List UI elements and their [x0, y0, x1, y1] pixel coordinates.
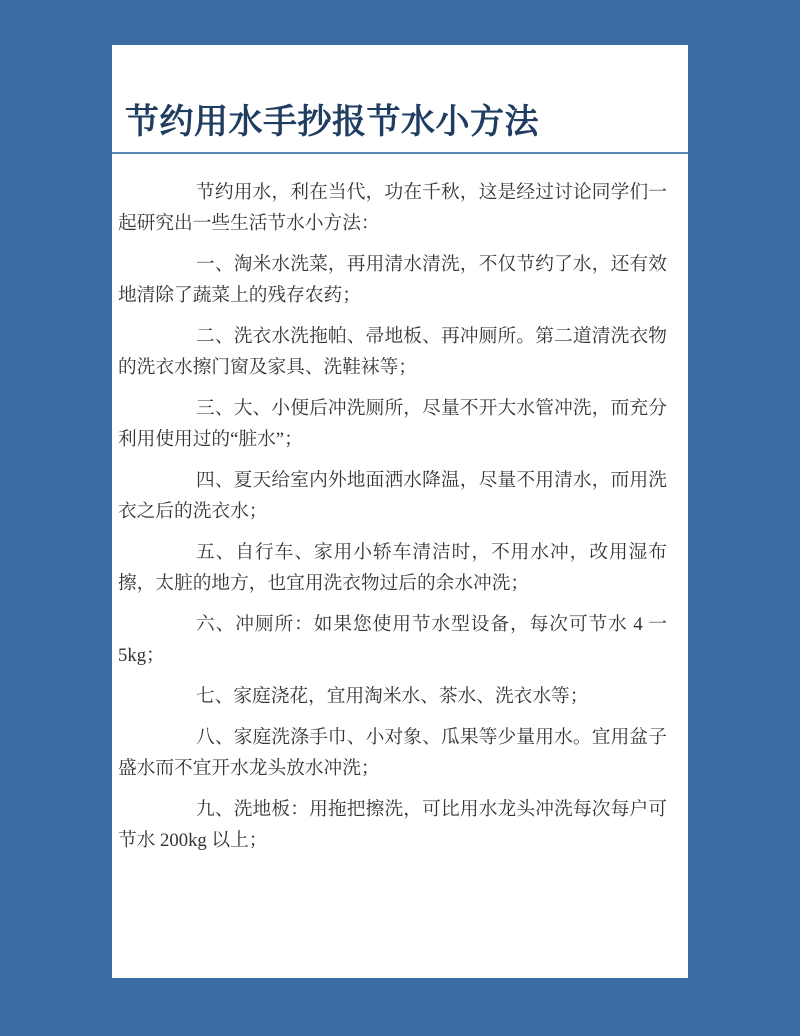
paragraph-tip-3: 三、大、小便后冲洗厕所，尽量不开大水管冲洗，而充分利用使用过的“脏水”； — [118, 393, 667, 455]
paragraph-tip-9: 九、洗地板：用拖把擦洗，可比用水龙头冲洗每次每户可节水 200kg 以上； — [118, 794, 667, 856]
paragraph-tip-1: 一、淘米水洗菜，再用清水清洗，不仅节约了水，还有效地清除了蔬菜上的残存农药； — [118, 249, 667, 311]
document-page: 节约用水手抄报节水小方法 节约用水，利在当代，功在千秋，这是经过讨论同学们一起研… — [112, 45, 688, 978]
paragraph-tip-8: 八、家庭洗涤手巾、小对象、瓜果等少量用水。宜用盆子盛水而不宜开水龙头放水冲洗； — [118, 722, 667, 784]
paragraph-intro: 节约用水，利在当代，功在千秋，这是经过讨论同学们一起研究出一些生活节水小方法： — [118, 177, 667, 239]
paragraph-tip-4: 四、夏天给室内外地面洒水降温，尽量不用清水，而用洗衣之后的洗衣水； — [118, 465, 667, 527]
paragraph-tip-7: 七、家庭浇花，宜用淘米水、茶水、洗衣水等； — [118, 681, 667, 712]
paragraph-tip-6: 六、冲厕所：如果您使用节水型设备，每次可节水 4 一 5kg； — [118, 609, 667, 671]
document-body: 节约用水，利在当代，功在千秋，这是经过讨论同学们一起研究出一些生活节水小方法： … — [112, 154, 688, 856]
page-title: 节约用水手抄报节水小方法 — [125, 105, 688, 140]
paragraph-tip-2: 二、洗衣水洗拖帕、帚地板、再冲厕所。第二道清洗衣物的洗衣水擦门窗及家具、洗鞋袜等… — [118, 321, 667, 383]
paragraph-tip-5: 五、自行车、家用小轿车清洁时，不用水冲，改用湿布擦，太脏的地方，也宜用洗衣物过后… — [118, 537, 667, 599]
viewer-background: 节约用水手抄报节水小方法 节约用水，利在当代，功在千秋，这是经过讨论同学们一起研… — [0, 0, 800, 1036]
